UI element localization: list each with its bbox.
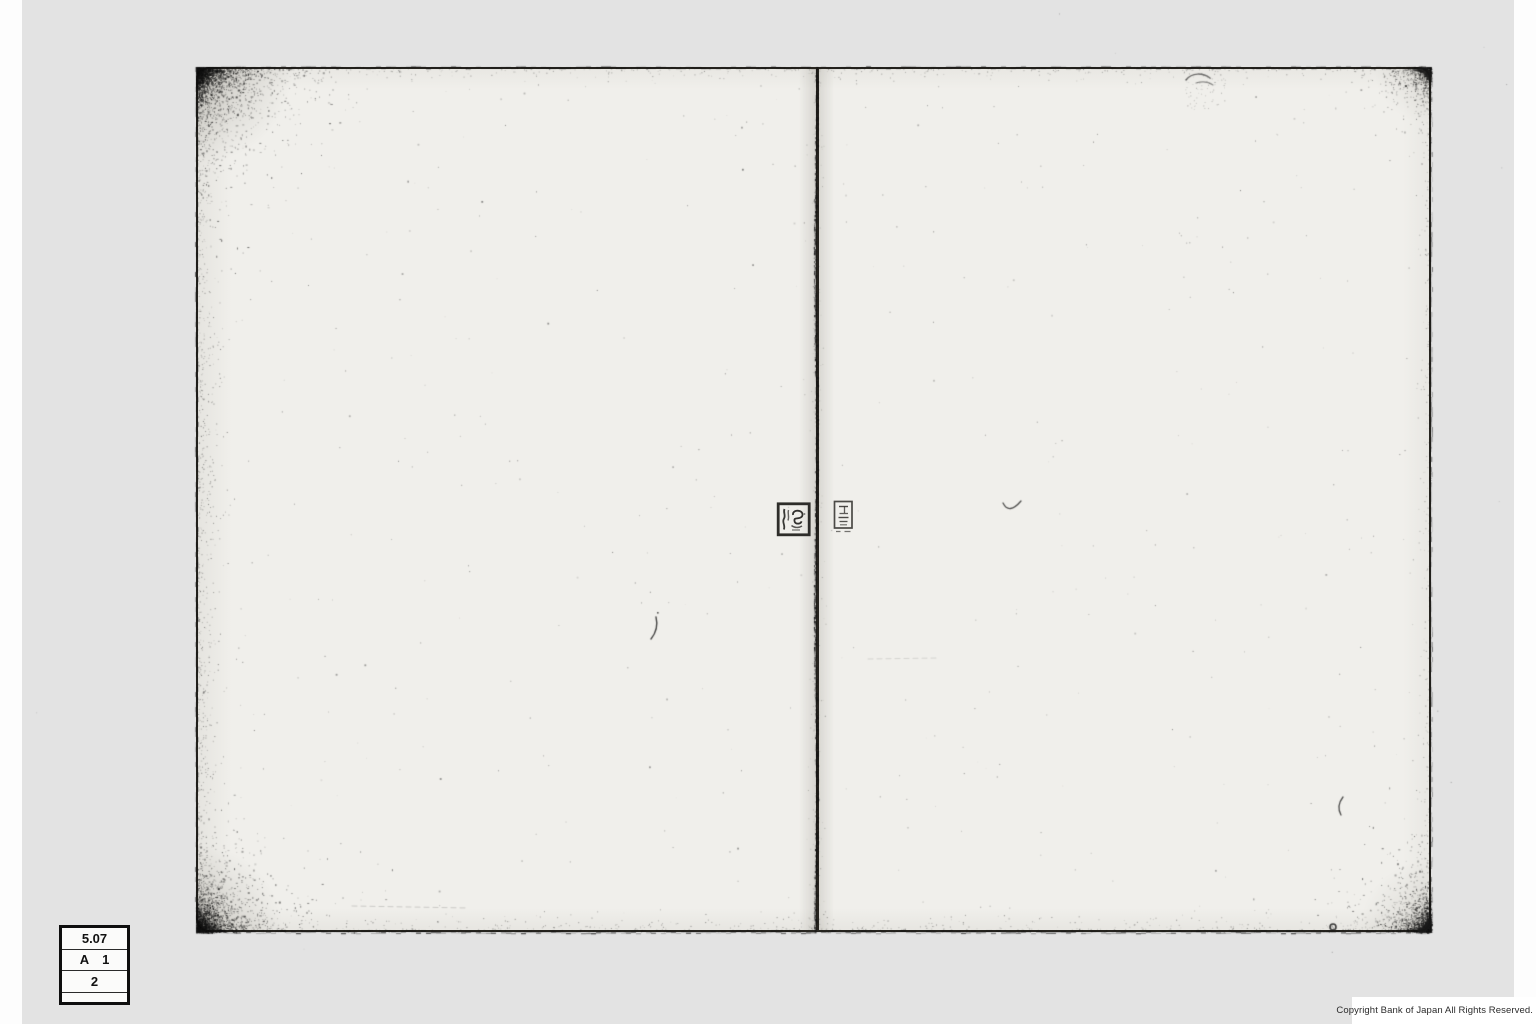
copyright-bar: Copyright Bank of Japan All Rights Reser… [1352,997,1536,1024]
open-book-spread [196,67,1431,932]
scan-margin-left [0,0,22,1024]
classification-volume: 2 [91,975,98,988]
copyright-text: Copyright Bank of Japan All Rights Reser… [1336,1005,1533,1016]
scan-margin-right [1514,0,1536,1024]
classification-series: A [80,953,89,966]
partial-stamp-icon [831,499,857,535]
classification-row-2: A 1 [62,950,127,972]
right-blank-page [820,69,1429,930]
archive-classification-box: 5.07 A 1 2 [59,925,130,1005]
classification-row-1: 5.07 [62,928,127,950]
classification-row-4 [62,993,127,1002]
left-blank-page [198,69,817,930]
classification-number: 1 [102,953,109,966]
classification-row-3: 2 [62,971,127,993]
seal-stamp-icon [776,501,812,538]
scanned-ledger-spread: 5.07 A 1 2 Copyright Bank of Japan All R… [0,0,1536,1024]
book-spine-gutter [816,69,819,930]
classification-code: 5.07 [82,932,107,945]
